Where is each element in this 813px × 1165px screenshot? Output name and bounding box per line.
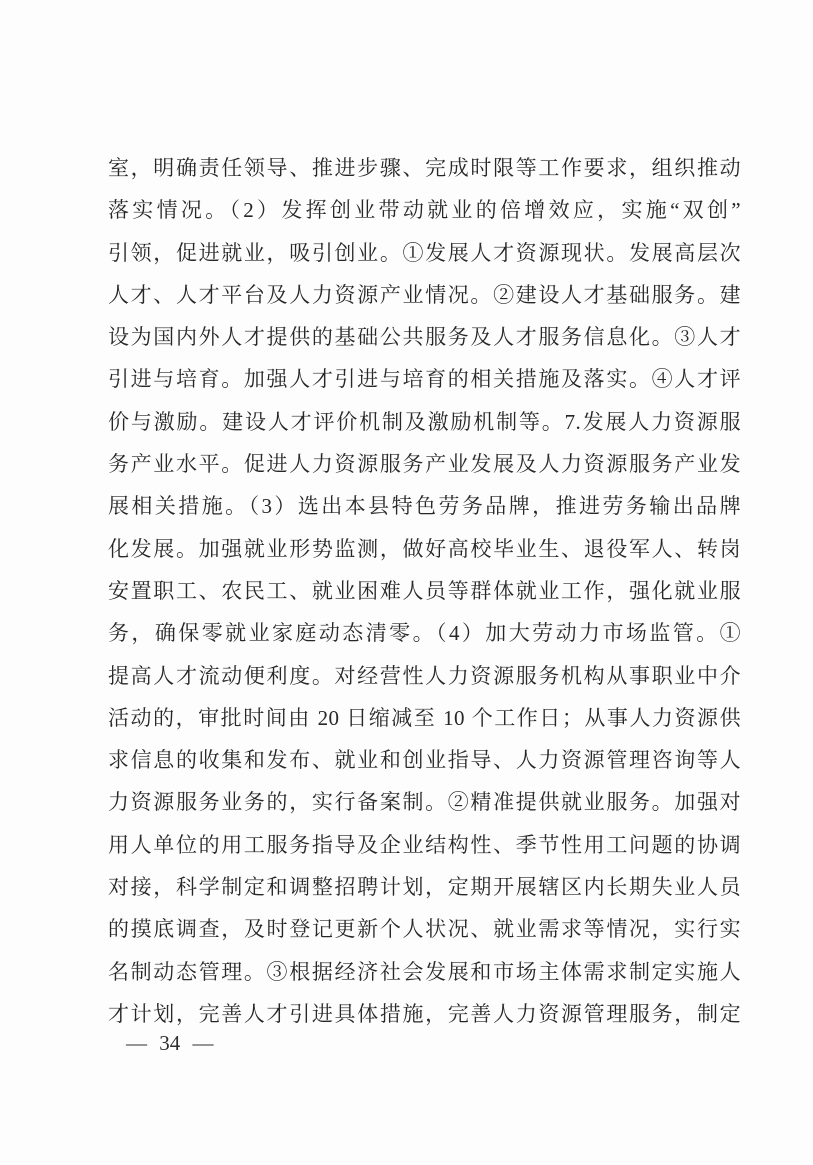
text-line: 室，明确责任领导、推进步骤、完成时限等工作要求，组织推动 <box>108 147 741 189</box>
text-line: 展相关措施。（3）选出本县特色劳务品牌，推进劳务输出品牌 <box>108 485 741 527</box>
text-line: 落实情况。（2）发挥创业带动就业的倍增效应，实施“双创” <box>108 189 741 231</box>
text-line: 务产业水平。促进人力资源服务产业发展及人力资源服务产业发 <box>108 443 741 485</box>
text-line: 提高人才流动便利度。对经营性人力资源服务机构从事职业中介 <box>108 655 741 697</box>
text-line: 对接，科学制定和调整招聘计划，定期开展辖区内长期失业人员 <box>108 866 741 908</box>
text-line: 名制动态管理。③根据经济社会发展和市场主体需求制定实施人 <box>108 951 741 993</box>
text-line: 引领，促进就业，吸引创业。①发展人才资源现状。发展高层次 <box>108 232 741 274</box>
text-line: 人才、人才平台及人力资源产业情况。②建设人才基础服务。建 <box>108 274 741 316</box>
text-line: 价与激励。建设人才评价机制及激励机制等。7.发展人力资源服 <box>108 401 741 443</box>
document-page: 室，明确责任领导、推进步骤、完成时限等工作要求，组织推动 落实情况。（2）发挥创… <box>0 0 813 1165</box>
text-line: 设为国内外人才提供的基础公共服务及人才服务信息化。③人才 <box>108 316 741 358</box>
page-number: — 34 — <box>126 1028 214 1058</box>
text-line: 务，确保零就业家庭动态清零。（4）加大劳动力市场监管。① <box>108 612 741 654</box>
text-line: 求信息的收集和发布、就业和创业指导、人力资源管理咨询等人 <box>108 739 741 781</box>
text-line: 化发展。加强就业形势监测，做好高校毕业生、退役军人、转岗 <box>108 528 741 570</box>
body-text: 室，明确责任领导、推进步骤、完成时限等工作要求，组织推动 落实情况。（2）发挥创… <box>108 147 741 1035</box>
text-line: 的摸底调查，及时登记更新个人状况、就业需求等情况，实行实 <box>108 908 741 950</box>
text-line: 活动的，审批时间由 20 日缩减至 10 个工作日；从事人力资源供 <box>108 697 741 739</box>
text-line: 引进与培育。加强人才引进与培育的相关措施及落实。④人才评 <box>108 358 741 400</box>
text-line: 安置职工、农民工、就业困难人员等群体就业工作，强化就业服 <box>108 570 741 612</box>
text-line: 用人单位的用工服务指导及企业结构性、季节性用工问题的协调 <box>108 824 741 866</box>
text-line: 力资源服务业务的，实行备案制。②精准提供就业服务。加强对 <box>108 781 741 823</box>
